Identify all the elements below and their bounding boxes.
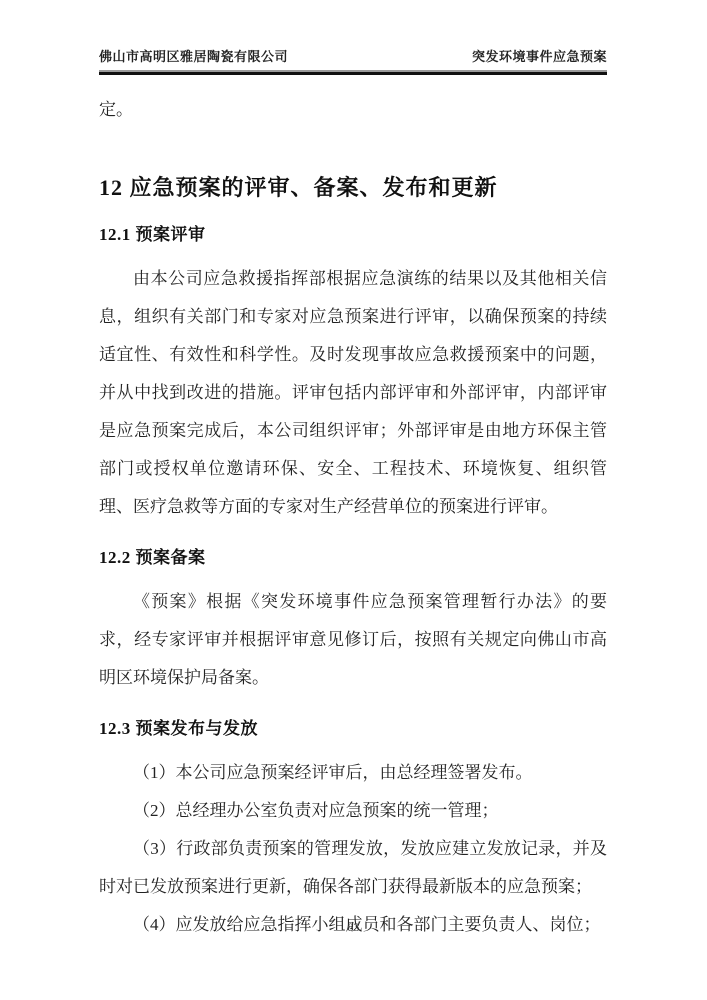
page-footer: 83 [0, 920, 707, 935]
page-header: 佛山市高明区雅居陶瓷有限公司 突发环境事件应急预案 [99, 46, 607, 65]
document-body: 定。 12 应急预案的评审、备案、发布和更新 12.1 预案评审 由本公司应急救… [99, 91, 607, 944]
subsection-12-1-paragraph: 由本公司应急救援指挥部根据应急演练的结果以及其他相关信息，组织有关部门和专家对应… [99, 260, 607, 526]
continuation-paragraph: 定。 [99, 91, 607, 129]
header-rule [99, 70, 607, 75]
header-company-name: 佛山市高明区雅居陶瓷有限公司 [99, 46, 288, 65]
subsection-12-3-list: （1）本公司应急预案经评审后，由总经理签署发布。 （2）总经理办公室负责对应急预… [99, 754, 607, 944]
list-item-2: （2）总经理办公室负责对应急预案的统一管理； [99, 792, 607, 830]
list-item-3: （3）行政部负责预案的管理发放，发放应建立发放记录，并及时对已发放预案进行更新，… [99, 830, 607, 906]
subsection-12-2-paragraph: 《预案》根据《突发环境事件应急预案管理暂行办法》的要求，经专家评审并根据评审意见… [99, 583, 607, 697]
header-document-title: 突发环境事件应急预案 [472, 46, 607, 65]
page-number: 83 [348, 920, 360, 934]
list-item-1: （1）本公司应急预案经评审后，由总经理签署发布。 [99, 754, 607, 792]
subsection-12-1-heading: 12.1 预案评审 [99, 223, 607, 247]
subsection-12-3-heading: 12.3 预案发布与发放 [99, 717, 607, 741]
section-12-heading: 12 应急预案的评审、备案、发布和更新 [99, 173, 607, 203]
document-page: 佛山市高明区雅居陶瓷有限公司 突发环境事件应急预案 定。 12 应急预案的评审、… [0, 0, 707, 1000]
subsection-12-2-heading: 12.2 预案备案 [99, 546, 607, 570]
